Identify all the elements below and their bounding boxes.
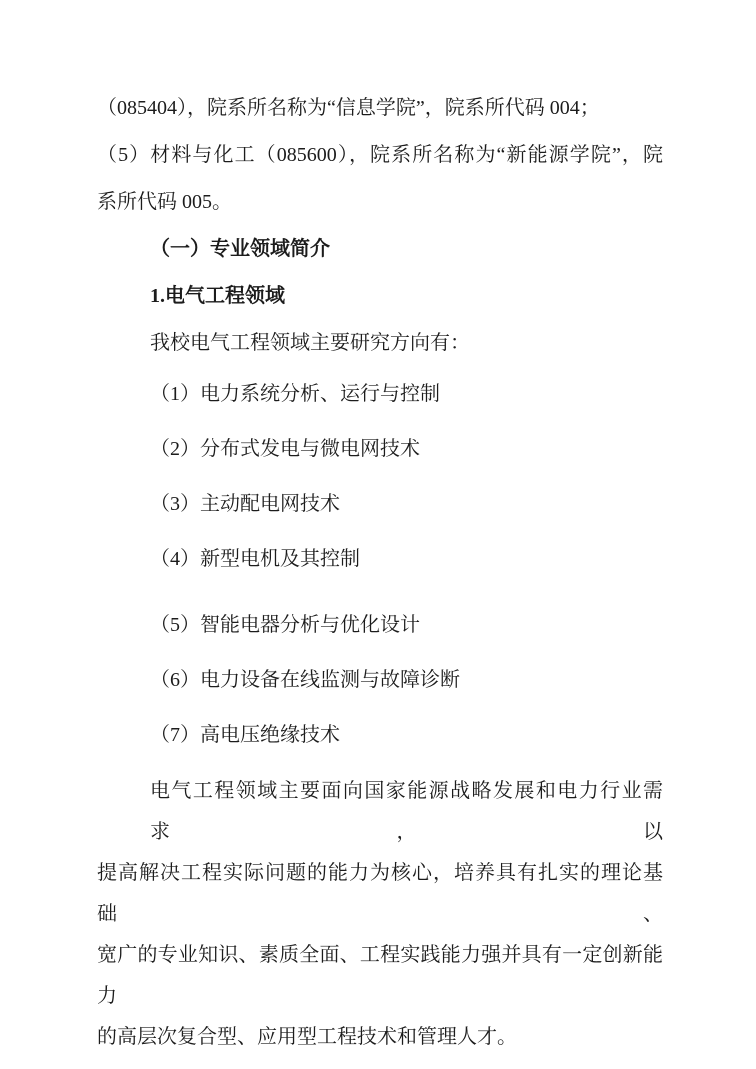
text-line-dept-005b: 系所代码 005。 [97,179,663,226]
research-direction-2: （2）分布式发电与微电网技术 [150,422,663,477]
research-direction-1: （1）电力系统分析、运行与控制 [150,367,663,422]
text-line-dept-004: （085404），院系所名称为“信息学院”，院系所代码 004； [97,85,663,132]
research-direction-4: （4）新型电机及其控制 [150,532,663,587]
closing-line-2: 提高解决工程实际问题的能力为核心，培养具有扎实的理论基础、 [97,853,663,935]
closing-line-1: 电气工程领域主要面向国家能源战略发展和电力行业需求，以 [150,771,663,853]
research-direction-7: （7）高电压绝缘技术 [150,708,663,763]
text-line-dept-005a: （5）材料与化工（085600），院系所名称为“新能源学院”，院 [97,132,663,179]
paragraph-department-codes: （085404），院系所名称为“信息学院”，院系所代码 004； （5）材料与化… [97,85,663,226]
closing-line-4: 的高层次复合型、应用型工程技术和管理人才。 [97,1017,663,1058]
research-direction-6: （6）电力设备在线监测与故障诊断 [150,653,663,708]
intro-line: 我校电气工程领域主要研究方向有： [150,320,663,367]
research-direction-5: （5）智能电器分析与优化设计 [150,598,663,653]
subsection-heading: 1.电气工程领域 [150,273,663,320]
section-heading: （一）专业领域简介 [150,226,663,273]
closing-line-3: 宽广的专业知识、素质全面、工程实践能力强并具有一定创新能力 [97,935,663,1017]
document-page: （085404），院系所名称为“信息学院”，院系所代码 004； （5）材料与化… [0,0,756,1069]
paragraph-training-goal: 电气工程领域主要面向国家能源战略发展和电力行业需求，以 提高解决工程实际问题的能… [97,771,663,1058]
research-direction-3: （3）主动配电网技术 [150,477,663,532]
